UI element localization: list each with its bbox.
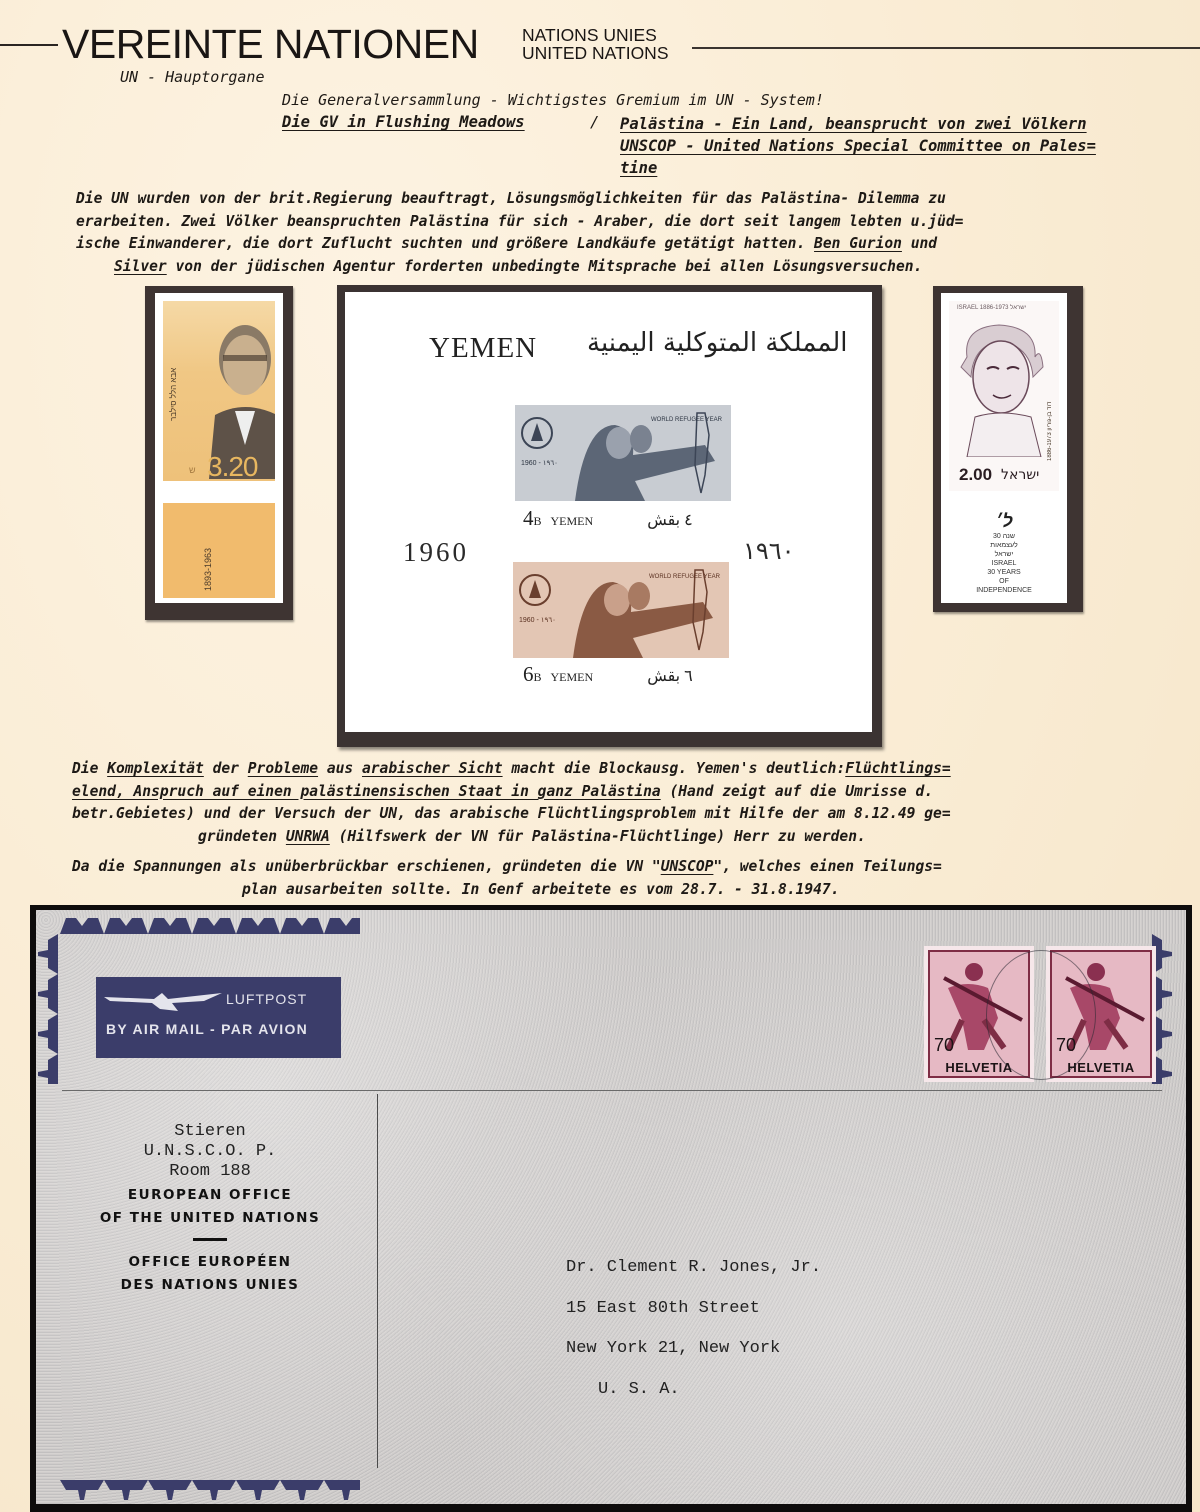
sender-room: Room 188: [90, 1162, 330, 1182]
header-rule-right: [692, 47, 1200, 49]
refugee-scene-icon: WORLD REFUGEE YEAR 1960 - ١٩٦٠: [515, 405, 731, 501]
svg-text:WORLD REFUGEE YEAR: WORLD REFUGEE YEAR: [651, 417, 723, 423]
unscop-line: plan ausarbeiten sollte. In Genf arbeite…: [72, 879, 1168, 902]
mini-stamp-4b-caption: 4B YEMEN ٤ بقش: [523, 506, 693, 531]
header-rule-left: [0, 44, 58, 46]
analysis-text: aus: [318, 760, 362, 777]
analysis-line: Die Komplexität der Probleme aus arabisc…: [72, 758, 1168, 781]
topic-flushing-meadows: Die GV in Flushing Meadows: [282, 113, 525, 131]
portrait-icon: [953, 317, 1049, 457]
sender-name: Stieren: [90, 1122, 330, 1142]
svg-text:1960 - ١٩٦٠: 1960 - ١٩٦٠: [521, 460, 558, 467]
envelope-rule: [62, 1090, 1162, 1091]
stamp-value: 3.20: [207, 451, 258, 481]
mini-unit: B: [534, 514, 542, 528]
stamp-country-hebrew: ישראל: [1001, 467, 1039, 483]
tab-line: INDEPENDENCE: [949, 586, 1059, 595]
recipient-name: Dr. Clement R. Jones, Jr.: [566, 1248, 821, 1289]
souvenir-sheet-yemen[interactable]: YEMEN المملكة المتوكلية اليمنية WORLD RE…: [345, 292, 872, 732]
mini-stamp-6b[interactable]: WORLD REFUGEE YEAR 1960 - ١٩٦٠: [513, 562, 729, 658]
topic-separator: /: [590, 113, 599, 131]
envelope-border-left: [36, 934, 58, 1084]
unscop-paragraph: Da die Spannungen als unüberbrückbar ers…: [72, 856, 1168, 901]
envelope-divider: [377, 1094, 378, 1468]
underlined-term: Probleme: [248, 760, 318, 777]
name-ben-gurion: Ben Gurion: [814, 235, 902, 252]
subtitle-french: NATIONS UNIES: [522, 26, 669, 44]
svg-text:WORLD REFUGEE YEAR: WORLD REFUGEE YEAR: [649, 574, 721, 580]
sender-org: U.N.S.C.O. P.: [90, 1142, 330, 1162]
underlined-term: elend, Anspruch auf einen palästinensisc…: [72, 783, 661, 800]
tab-years: 1893-1963: [203, 511, 213, 591]
mini-country: YEMEN: [551, 514, 594, 528]
unscop-line: Da die Spannungen als unüberbrückbar ers…: [72, 856, 1168, 879]
stamp-inscription: דוד בן-גוריון 1886-1973: [1047, 311, 1053, 461]
analysis-text: (Hilfswerk der VN für Palästina-Flüchtli…: [330, 828, 866, 845]
analysis-line: betr.Gebietes) und der Versuch der UN, d…: [72, 803, 1168, 826]
tab-line: OF: [949, 577, 1059, 586]
stamp-tab: ל׳ 30 שנהלעצמאותישראלISRAEL30 YEARSOFIND…: [949, 508, 1059, 598]
stamp-value: 2.00: [959, 465, 992, 485]
mini-arabic-value: ٤ بقش: [647, 512, 693, 529]
sheet-year-latin: 1960: [403, 537, 469, 568]
section-subheading: Die Generalversammlung - Wichtigstes Gre…: [282, 91, 824, 109]
mini-stamp-6b-caption: 6B YEMEN ٦ بقش: [523, 662, 693, 687]
refugee-scene-icon: WORLD REFUGEE YEAR 1960 - ١٩٦٠: [513, 562, 729, 658]
tab-line: ISRAEL: [949, 559, 1059, 568]
stamp-israel-200[interactable]: ISRAEL ישראל 1886-1973 דוד בן-גוריון 188…: [941, 293, 1067, 603]
analysis-line: elend, Anspruch auf einen palästinensisc…: [72, 781, 1168, 804]
unscop-text: ", welches einen Teilungs=: [713, 858, 941, 875]
mini-unit: B: [534, 670, 542, 684]
topic-palestine-line3: tine: [620, 157, 657, 179]
svg-text:1960 - ١٩٦٠: 1960 - ١٩٦٠: [519, 617, 556, 624]
sender-print-4: DES NATIONS UNIES: [90, 1274, 330, 1297]
underlined-term: Flüchtlings=: [845, 760, 950, 777]
stamp-israel-320[interactable]: אבא הלל סילבר 3.20 ש 1893-1963: [155, 293, 283, 603]
topic-palestine-line2: UNSCOP - United Nations Special Committe…: [620, 135, 1180, 157]
stamp-face: אבא הלל סילבר 3.20 ש: [163, 301, 275, 481]
luftpost-text: LUFTPOST: [226, 991, 307, 1007]
sender-print-3: OFFICE EUROPÉEN: [90, 1251, 330, 1274]
analysis-text: gründeten: [198, 828, 286, 845]
tab-logo-icon: ל׳: [949, 510, 1059, 532]
intro-line: ische Einwanderer, die dort Zuflucht suc…: [76, 233, 1166, 256]
sender-print-1: EUROPEAN OFFICE: [90, 1184, 330, 1207]
tab-line: לעצמאות: [949, 541, 1059, 550]
analysis-text: der: [204, 760, 248, 777]
airmail-label: LUFTPOST BY AIR MAIL - PAR AVION: [96, 977, 341, 1058]
tab-line: 30 YEARS: [949, 568, 1059, 577]
tab-inscription: 30 שנהלעצמאותישראלISRAEL30 YEARSOFINDEPE…: [949, 532, 1059, 595]
intro-line: Silver von der jüdischen Agentur fordert…: [76, 256, 1166, 279]
sender-print-2: OF THE UNITED NATIONS: [90, 1207, 330, 1230]
mini-country: YEMEN: [551, 670, 594, 684]
term-unrwa: UNRWA: [286, 828, 330, 845]
intro-paragraph: Die UN wurden von der brit.Regierung bea…: [76, 188, 1166, 278]
intro-line: erarbeiten. Zwei Völker beanspruchten Pa…: [76, 211, 1166, 234]
underlined-term: Komplexität: [107, 760, 204, 777]
stamp-header: ISRAEL ישראל 1886-1973: [957, 305, 1026, 311]
stamp-face: ISRAEL ישראל 1886-1973 דוד בן-גוריון 188…: [949, 301, 1059, 491]
recipient-country: U. S. A.: [566, 1370, 821, 1411]
envelope-border-top: [60, 910, 360, 934]
recipient-address: Dr. Clement R. Jones, Jr. 15 East 80th S…: [566, 1248, 821, 1410]
name-silver: Silver: [114, 258, 167, 275]
mini-value: 4: [523, 506, 534, 530]
intro-text: und: [902, 235, 937, 252]
sheet-arabic-title: المملكة المتوكلية اليمنية: [587, 328, 848, 358]
analysis-paragraph: Die Komplexität der Probleme aus arabisc…: [72, 758, 1168, 848]
sender-divider: [193, 1238, 227, 1241]
intro-text: ische Einwanderer, die dort Zuflucht suc…: [76, 235, 814, 252]
analysis-text: macht die Blockausg. Yemen's deutlich:: [503, 760, 846, 777]
analysis-text: (Hand zeigt auf die Umrisse d.: [661, 783, 933, 800]
intro-text: von der jüdischen Agentur forderten unbe…: [167, 258, 923, 275]
currency-mark: ש: [189, 465, 196, 475]
subtitle-english: UNITED NATIONS: [522, 44, 669, 62]
sheet-year-arabic: ١٩٦٠: [743, 537, 795, 565]
stamp-value: 70: [934, 1035, 954, 1056]
underlined-term: arabischer Sicht: [362, 760, 503, 777]
mini-value: 6: [523, 662, 534, 686]
mini-stamp-4b[interactable]: WORLD REFUGEE YEAR 1960 - ١٩٦٠: [515, 405, 731, 501]
term-unscop: UNSCOP: [661, 858, 714, 875]
page-subtitle: NATIONS UNIES UNITED NATIONS: [522, 26, 669, 62]
tab-line: ישראל: [949, 550, 1059, 559]
sheet-country: YEMEN: [429, 332, 537, 365]
envelope-border-bottom: [60, 1480, 360, 1504]
sender-block: Stieren U.N.S.C.O. P. Room 188 EUROPEAN …: [90, 1122, 330, 1297]
tab-line: 30 שנה: [949, 532, 1059, 541]
postmark-cancel: [986, 950, 1096, 1080]
mini-arabic-value: ٦ بقش: [647, 668, 693, 685]
recipient-city: New York 21, New York: [566, 1329, 821, 1370]
topic-palestine: Palästina - Ein Land, beansprucht von zw…: [620, 113, 1180, 179]
unscop-text: Da die Spannungen als unüberbrückbar ers…: [72, 858, 661, 875]
stamp-inscription: אבא הלל סילבר: [169, 311, 178, 421]
recipient-street: 15 East 80th Street: [566, 1289, 821, 1330]
section-organ: UN - Hauptorgane: [120, 68, 265, 86]
topic-palestine-line1: Palästina - Ein Land, beansprucht von zw…: [620, 113, 1180, 135]
bird-icon: [104, 989, 222, 1013]
page-title: VEREINTE NATIONEN: [62, 22, 479, 66]
analysis-text: Die: [72, 760, 107, 777]
intro-line: Die UN wurden von der brit.Regierung bea…: [76, 188, 1166, 211]
air-mail-text: BY AIR MAIL - PAR AVION: [106, 1021, 308, 1037]
stamp-tab: 1893-1963: [163, 503, 275, 598]
analysis-line: gründeten UNRWA (Hilfswerk der VN für Pa…: [72, 826, 1168, 849]
